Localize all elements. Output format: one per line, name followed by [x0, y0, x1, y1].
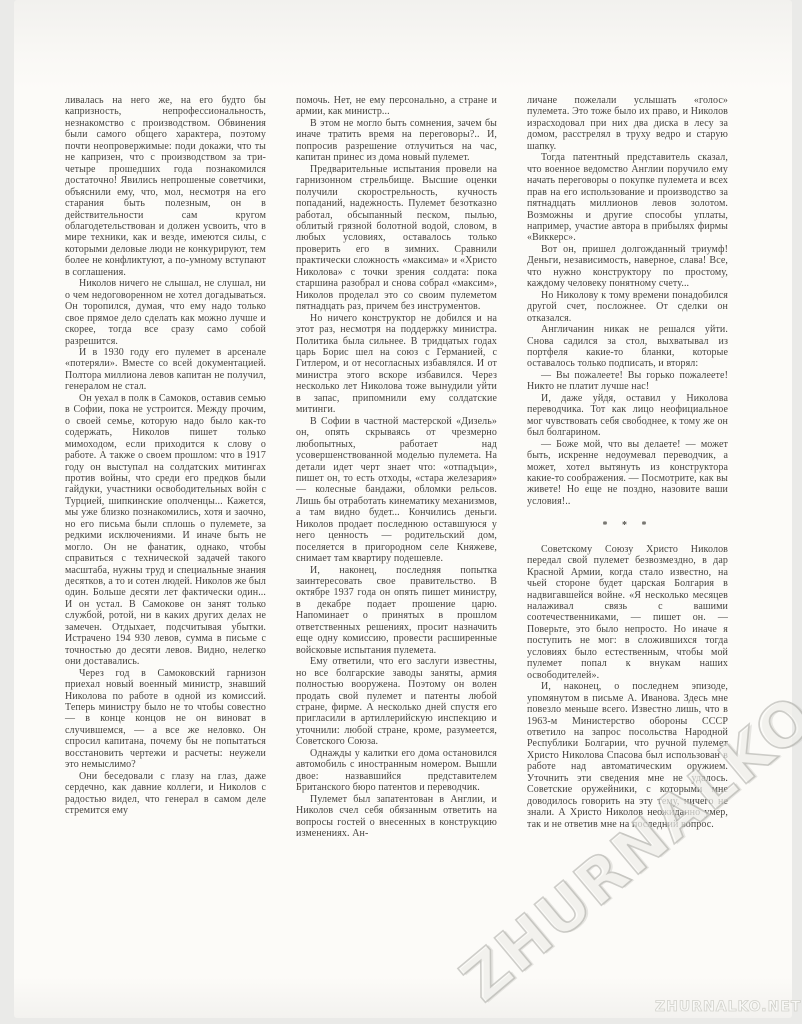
scanned-magazine-page: { "page": { "background": "#eaeae8", "pa… [0, 0, 802, 1024]
paragraph: И, даже уйдя, оставил у Николова перевод… [527, 393, 728, 439]
section-divider: * * * [527, 520, 728, 531]
paragraph: личане пожелали услышать «голос» пулемет… [527, 95, 728, 152]
paragraph: Но Николову к тому времени понадобился д… [527, 290, 728, 324]
paragraph: Однажды у калитки его дома остановился а… [296, 748, 497, 794]
paragraph: Пулемет был запатентован в Англии, и Ник… [296, 794, 497, 840]
paragraph: Англичанин никак не решался уйти. Снова … [527, 324, 728, 370]
paragraph: ливалась на него же, на его будто бы кап… [65, 95, 266, 278]
paragraph: Но ничего конструктор не добился и на эт… [296, 313, 497, 416]
paragraph: Он уехал в полк в Самоков, оставив семью… [65, 393, 266, 668]
paragraph: помочь. Нет, не ему персонально, а стран… [296, 95, 497, 118]
paragraph: Николов ничего не слышал, не слушал, ни … [65, 278, 266, 347]
paragraph: Предварительные испытания провели на гар… [296, 164, 497, 313]
article-text-block: ливалась на него же, на его будто бы кап… [65, 95, 728, 839]
text-column-3: личане пожелали услышать «голос» пулемет… [527, 95, 728, 839]
paragraph: И, наконец, о последнем эпизоде, упомяну… [527, 681, 728, 830]
paragraph: Через год в Самоковский гарнизон приехал… [65, 668, 266, 771]
paragraph: И, наконец, последняя попытка заинтересо… [296, 565, 497, 657]
paragraph: И в 1930 году его пулемет в арсенале «по… [65, 347, 266, 393]
paragraph: В этом не могло быть сомнения, зачем бы … [296, 118, 497, 164]
paragraph: Советскому Союзу Христо Николов передал … [527, 544, 728, 681]
text-column-1: ливалась на него же, на его будто бы кап… [65, 95, 266, 839]
paragraph: Вот он, пришел долгожданный триумф! День… [527, 244, 728, 290]
paragraph: Тогда патентный представитель сказал, чт… [527, 152, 728, 244]
text-column-2: помочь. Нет, не ему персонально, а стран… [296, 95, 497, 839]
paragraph: Ему ответили, что его заслуги известны, … [296, 656, 497, 748]
footer-watermark: ZHURNALKO.NET [655, 999, 801, 1015]
paragraph: — Вы пожалеете! Вы горько пожалеете! Ник… [527, 370, 728, 393]
paragraph: В Софии в частной мастерской «Дизель» он… [296, 416, 497, 565]
paragraph: Они беседовали с глазу на глаз, даже сер… [65, 771, 266, 817]
paragraph: — Боже мой, что вы делаете! — может быть… [527, 439, 728, 508]
